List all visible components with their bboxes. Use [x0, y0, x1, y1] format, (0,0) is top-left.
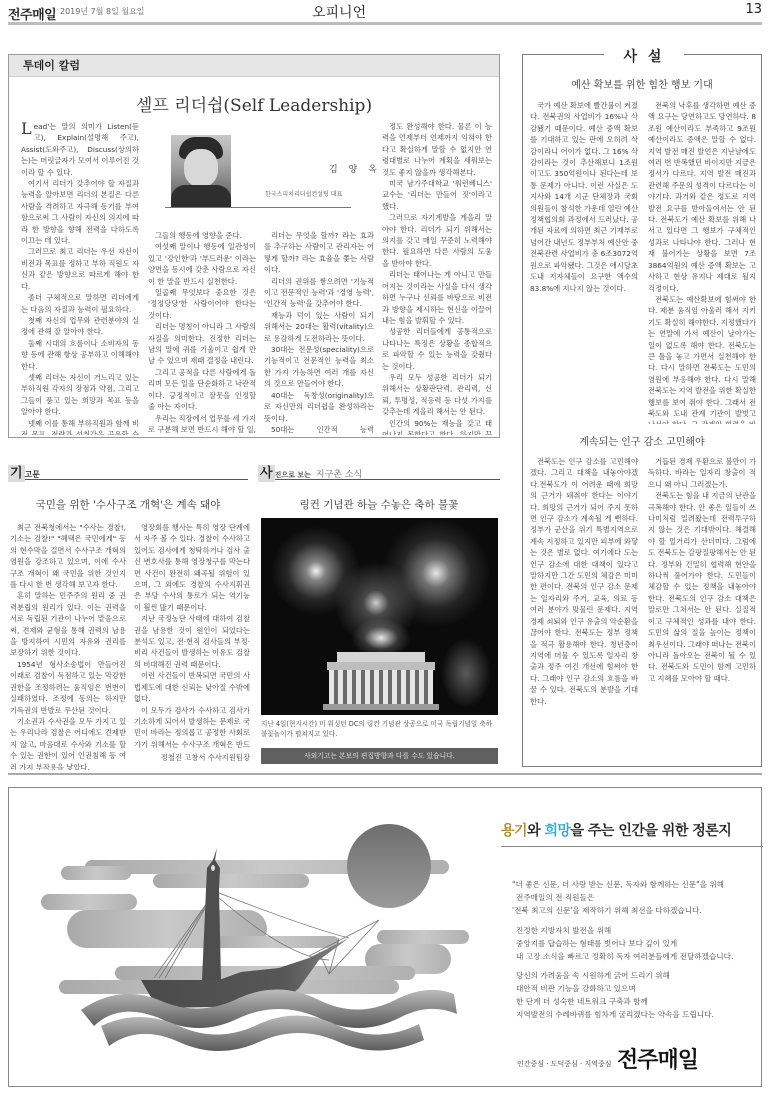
masthead-rule	[8, 22, 762, 25]
author-photo	[171, 135, 231, 207]
column-author: 김 양 옥	[329, 162, 381, 175]
photo-news-header: 사진으로 보는 지구촌 소식	[258, 462, 500, 480]
photo-label-small: 진으로 보는	[275, 471, 311, 479]
ad-paragraph-3: 당신의 가려움을 속 시원하게 긁어 드리기 위해 대안적 비판 기능을 강화하…	[516, 969, 714, 1021]
ad-paragraph-1: "더 좋은 신문, 더 사랑 받는 신문, 독자와 함께하는 신문"을 위해 전…	[512, 878, 724, 917]
column-title: 셀프 리더쉽(Self Leadership)	[9, 91, 499, 116]
opinion-text-col1: 최근 전북청에서는 "수사는 경찰!, 기소는 검찰!" "혜택은 국민에게" …	[10, 522, 126, 770]
column-label: 투데이 칼럼	[9, 55, 499, 77]
photo-caption: 지난 4일(현지시간) 미 워싱턴 DC의 링컨 기념관 상공으로 미국 독립기…	[261, 719, 500, 739]
slogan-gold: 용기	[501, 823, 527, 839]
masthead-brand: 전주매일	[8, 4, 56, 23]
disclaimer-bar: 사외기고는 본보의 편집방향과 다를 수도 있습니다.	[261, 748, 498, 764]
dropcap: L	[21, 121, 32, 137]
byline-rule	[165, 207, 351, 208]
column-text-col3: 리더는 무엇을 할까? 라는 효과를 추구하는 사람이고 관리자는 어떻게 할까…	[264, 230, 374, 435]
ad-slogan: 용기와 희망을 주는 인간을 위한 정론지	[501, 820, 731, 840]
editorial-label: 사 설	[604, 46, 684, 66]
fireworks-photo	[261, 518, 498, 715]
masthead-date: 2019년 7월 8일 월요일	[60, 6, 145, 17]
photo-label-cap: 사	[258, 465, 275, 482]
editorial-headline-2: 계속되는 인구 감소 고민해야	[522, 433, 762, 448]
opinion-text-col2: 영장회를 행사는 특히 영장 단계에서 자주 볼 수 있다. 경찰이 수사하고 …	[134, 522, 250, 748]
photo-label-rest: 지구촌 소식	[316, 470, 362, 480]
editorial-2-col2: 거듭된 경제 우환으로 불만이 가득하다. 바라는 일자리 창출이 적으니 왜 …	[648, 456, 756, 762]
lincoln-memorial	[323, 652, 439, 710]
today-column: 투데이 칼럼 셀프 리더쉽(Self Leadership) 김 양 옥 한국스…	[8, 54, 500, 438]
ad-logo: 전주매일	[617, 1043, 698, 1074]
opinion-label-rest: 고문	[25, 470, 40, 479]
column-affiliation: 한국스피치리더쉽컨설팅 대표	[265, 189, 342, 198]
editorial-2-col1: 전북도는 인구 감소를 고민해야겠다. 그리고 대책을 내놓아야겠다.전북도가 …	[530, 456, 638, 762]
opinion-section-header: 기고문	[8, 462, 248, 480]
ad-motto: 인간중심 · 도덕중심 · 지역중심	[517, 1059, 612, 1069]
opinion-title: 국민을 위한 '수사구조 개혁'은 계속 돼야	[8, 497, 248, 512]
section-title: 오피니언	[312, 2, 366, 22]
house-ad: 용기와 희망을 주는 인간을 위한 정론지 "더 좋은 신문, 더 사랑 받는 …	[8, 787, 762, 1087]
slogan-rule	[501, 846, 763, 847]
column-text-col1: Lead'는 말의 의미가 Listen(듣고), Explain(설명해 주고…	[21, 121, 139, 435]
page-number: 13	[745, 2, 762, 17]
editorial-1-col2: 전북의 낙후를 생각하면 예산 증액 요구는 당연하고도 당연하다. 8조원 예…	[648, 100, 756, 424]
ad-paragraph-2: 진정한 지방자치 발전을 위해 중앙지를 답습하는 형태를 벗어나 보다 깊이 …	[516, 924, 733, 963]
column-text-col4: 정도 완성해야 한다. 물론 이 능력을 언제부터 언제까지 익혀야 한다고 확…	[382, 121, 492, 435]
slogan-blue: 희망	[544, 823, 570, 839]
ship-illustration	[9, 788, 469, 1088]
section-divider	[8, 773, 762, 775]
column-text-col2: 그들의 행동에 영향을 준다. 여섯째 말이나 행동에 일관성이 있고 '강인한…	[148, 230, 256, 435]
editorial-1-col1: 국가 예산 확보에 빨간불이 켜졌다. 전북권의 사업비가 16%나 삭감됐기 …	[530, 100, 638, 424]
photo-news-title: 링컨 기념관 하늘 수놓은 축하 불꽃	[258, 497, 500, 512]
editorial-headline-1: 예산 확보를 위한 힘찬 행보 기대	[522, 76, 762, 91]
opinion-label-cap: 기	[8, 465, 25, 482]
opinion-byline: 정철진 고창서 수사지원팀장	[134, 752, 250, 763]
